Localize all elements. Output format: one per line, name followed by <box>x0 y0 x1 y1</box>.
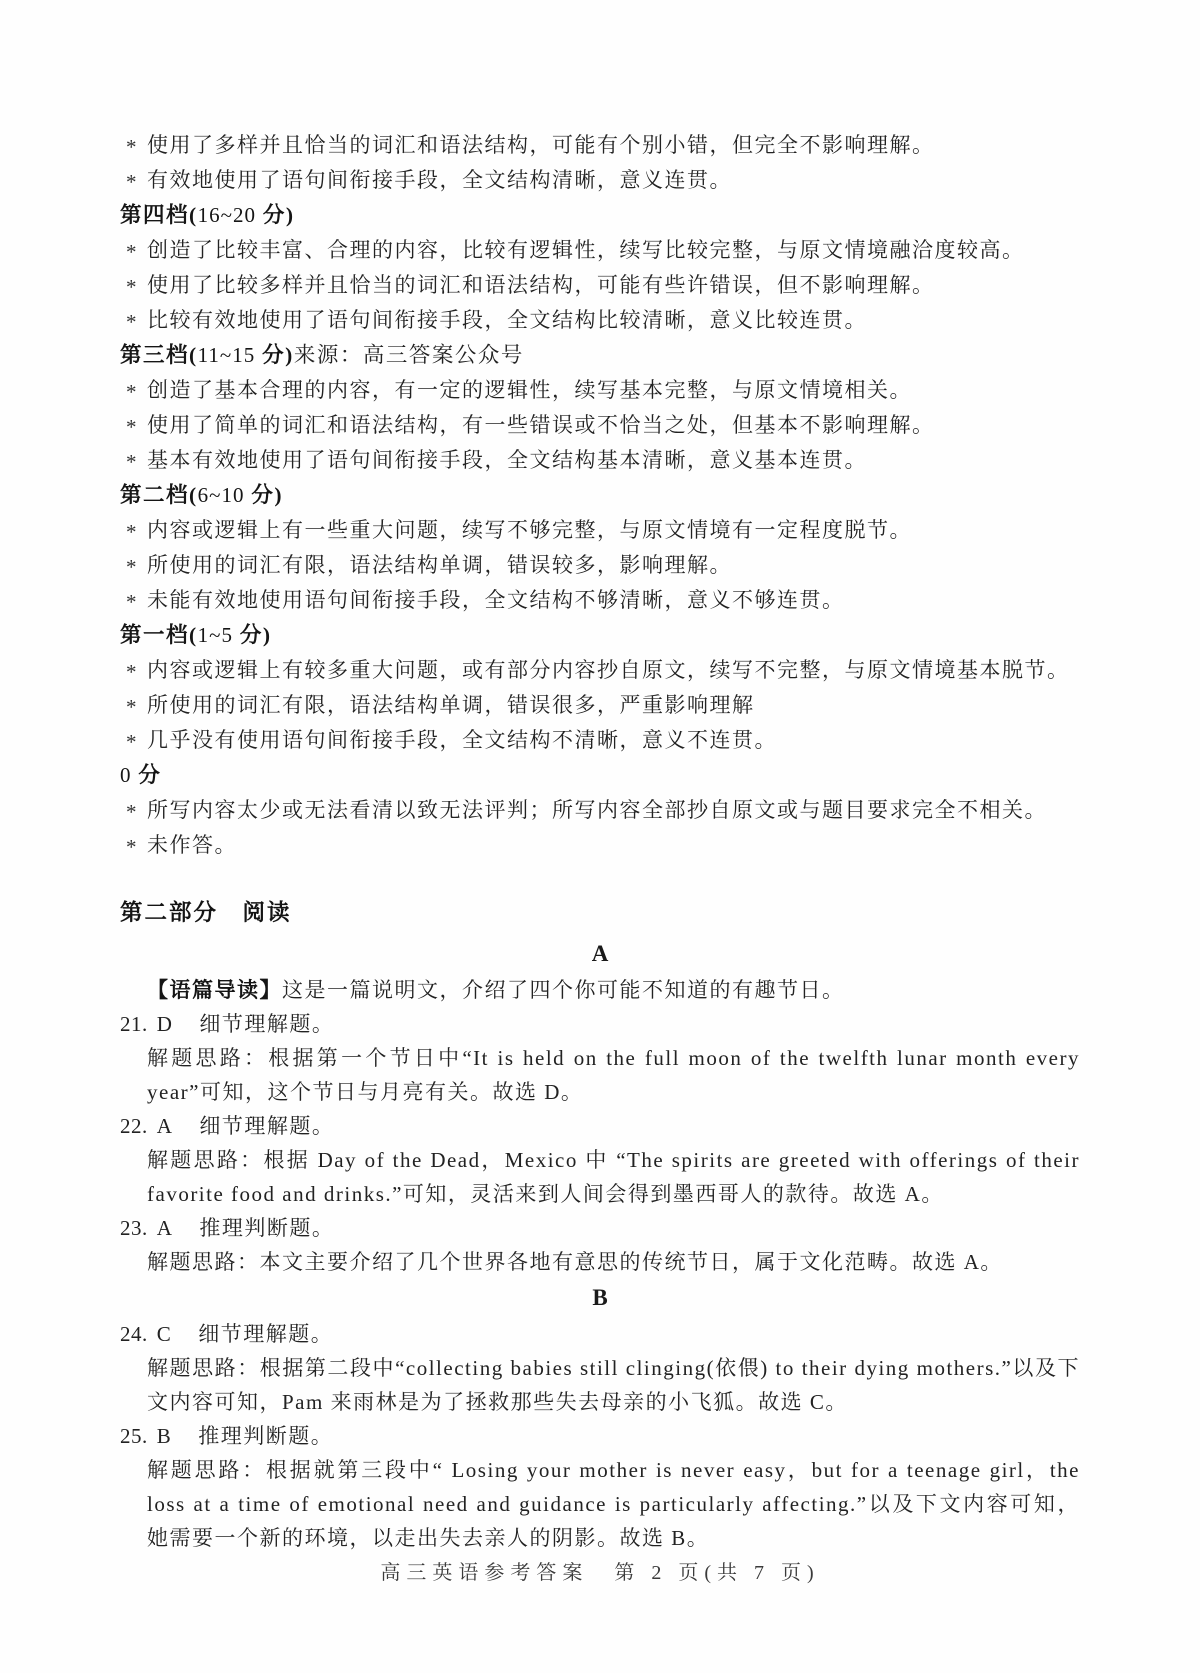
band-heading-1: 第一档(1~5 分) <box>120 618 1080 653</box>
answer-letter: A <box>157 1216 174 1240</box>
answer-letter: A <box>157 1114 174 1138</box>
rubric-bullet: * 几乎没有使用语句间衔接手段，全文结构不清晰，意义不连贯。 <box>120 723 1080 758</box>
reading-answers-section: 第二部分 阅读 A 【语篇导读】这是一篇说明文，介绍了四个你可能不知道的有趣节日… <box>120 891 1080 1555</box>
answer-letter: C <box>157 1322 173 1346</box>
footer-page-number: 第 2 页(共 7 页) <box>614 1562 819 1584</box>
rubric-bullet-text: 所写内容太少或无法看清以致无法评判；所写内容全部抄自原文或与题目要求完全不相关。 <box>147 798 1047 822</box>
band-title-suffix: 分) <box>245 483 284 507</box>
question-number: 24. <box>120 1322 148 1346</box>
rubric-bullet-text: 所使用的词汇有限，语法结构单调，错误很多，严重影响理解 <box>147 693 755 717</box>
question-type: 细节理解题。 <box>199 1012 334 1036</box>
rubric-bullet: * 使用了比较多样并且恰当的词汇和语法结构，可能有些许错误，但不影响理解。 <box>120 268 1080 303</box>
band-heading-4: 第四档(16~20 分) <box>120 198 1080 233</box>
question-23-answer-line: 23.A推理判断题。 <box>120 1211 1080 1245</box>
band-title: 第二档( <box>120 483 198 507</box>
rubric-bullet-text: 使用了简单的词汇和语法结构，有一些错误或不恰当之处，但基本不影响理解。 <box>147 413 935 437</box>
passage-b-label: B <box>120 1279 1080 1317</box>
footer-doc-title: 高三英语参考答案 <box>380 1562 588 1584</box>
passage-a-intro: 【语篇导读】这是一篇说明文，介绍了四个你可能不知道的有趣节日。 <box>120 973 1080 1007</box>
rubric-bullet: * 使用了简单的词汇和语法结构，有一些错误或不恰当之处，但基本不影响理解。 <box>120 408 1080 443</box>
band-title-suffix: 分) <box>255 343 294 367</box>
asterisk-bullet-icon: * <box>126 235 138 270</box>
rubric-bullet-text: 内容或逻辑上有一些重大问题，续写不够完整，与原文情境有一定程度脱节。 <box>147 518 912 542</box>
answer-letter: D <box>157 1012 174 1036</box>
asterisk-bullet-icon: * <box>126 305 138 340</box>
band-score-range: 11~15 <box>198 343 256 367</box>
intro-tag: 【语篇导读】 <box>147 978 282 1002</box>
band-score-range: 0 <box>120 763 132 787</box>
asterisk-bullet-icon: * <box>126 830 138 865</box>
question-number: 23. <box>120 1216 148 1240</box>
rubric-bullet: * 有效地使用了语句间衔接手段，全文结构清晰，意义连贯。 <box>120 163 1080 198</box>
band-title: 第四档( <box>120 203 198 227</box>
question-21-answer-line: 21.D细节理解题。 <box>120 1007 1080 1041</box>
band-title-suffix: 分 <box>132 763 162 787</box>
question-number: 21. <box>120 1012 148 1036</box>
rubric-bullet: * 创造了基本合理的内容，有一定的逻辑性，续写基本完整，与原文情境相关。 <box>120 373 1080 408</box>
rubric-bullet: * 未能有效地使用语句间衔接手段，全文结构不够清晰，意义不够连贯。 <box>120 583 1080 618</box>
asterisk-bullet-icon: * <box>126 445 138 480</box>
rubric-bullet: * 基本有效地使用了语句间衔接手段，全文结构基本清晰，意义基本连贯。 <box>120 443 1080 478</box>
question-25-answer-line: 25.B推理判断题。 <box>120 1419 1080 1453</box>
asterisk-bullet-icon: * <box>126 690 138 725</box>
asterisk-bullet-icon: * <box>126 795 138 830</box>
rubric-bullet: * 使用了多样并且恰当的词汇和语法结构，可能有个别小错，但完全不影响理解。 <box>120 128 1080 163</box>
asterisk-bullet-icon: * <box>126 585 138 620</box>
answer-key-page: * 使用了多样并且恰当的词汇和语法结构，可能有个别小错，但完全不影响理解。 * … <box>0 0 1200 1673</box>
rubric-bullet-text: 基本有效地使用了语句间衔接手段，全文结构基本清晰，意义基本连贯。 <box>147 448 867 472</box>
question-type: 推理判断题。 <box>198 1424 333 1448</box>
question-number: 22. <box>120 1114 148 1138</box>
band-source-note: 来源：高三答案公众号 <box>294 343 524 367</box>
band-score-range: 1~5 <box>198 623 233 647</box>
rubric-bullet-text: 使用了多样并且恰当的词汇和语法结构，可能有个别小错，但完全不影响理解。 <box>147 133 935 157</box>
intro-text: 这是一篇说明文，介绍了四个你可能不知道的有趣节日。 <box>282 978 845 1002</box>
band-heading-3: 第三档(11~15 分)来源：高三答案公众号 <box>120 338 1080 373</box>
rubric-bullet-text: 内容或逻辑上有较多重大问题，或有部分内容抄自原文，续写不完整，与原文情境基本脱节… <box>147 658 1070 682</box>
rubric-bullet-text: 所使用的词汇有限，语法结构单调，错误较多，影响理解。 <box>147 553 732 577</box>
rubric-bullet: * 比较有效地使用了语句间衔接手段，全文结构比较清晰，意义比较连贯。 <box>120 303 1080 338</box>
question-type: 细节理解题。 <box>199 1114 334 1138</box>
rubric-bullet: * 所使用的词汇有限，语法结构单调，错误很多，严重影响理解 <box>120 688 1080 723</box>
passage-a-label: A <box>120 935 1080 973</box>
rubric-bullet: * 所写内容太少或无法看清以致无法评判；所写内容全部抄自原文或与题目要求完全不相… <box>120 793 1080 828</box>
scoring-rubric-section: * 使用了多样并且恰当的词汇和语法结构，可能有个别小错，但完全不影响理解。 * … <box>120 128 1080 863</box>
section-divider-space <box>120 863 1080 891</box>
question-22-explanation: 解题思路：根据 Day of the Dead，Mexico 中 “The sp… <box>147 1143 1080 1211</box>
page-footer: 高三英语参考答案第 2 页(共 7 页) <box>0 1556 1200 1585</box>
question-number: 25. <box>120 1424 148 1448</box>
band-title-suffix: 分) <box>256 203 295 227</box>
rubric-bullet: * 所使用的词汇有限，语法结构单调，错误较多，影响理解。 <box>120 548 1080 583</box>
band-heading-0: 0 分 <box>120 758 1080 793</box>
rubric-bullet-text: 未作答。 <box>147 833 237 857</box>
asterisk-bullet-icon: * <box>126 165 138 200</box>
rubric-bullet: * 内容或逻辑上有较多重大问题，或有部分内容抄自原文，续写不完整，与原文情境基本… <box>120 653 1080 688</box>
asterisk-bullet-icon: * <box>126 270 138 305</box>
asterisk-bullet-icon: * <box>126 375 138 410</box>
question-24-answer-line: 24.C细节理解题。 <box>120 1317 1080 1351</box>
rubric-bullet: * 未作答。 <box>120 828 1080 863</box>
band-score-range: 6~10 <box>198 483 245 507</box>
question-21-explanation: 解题思路：根据第一个节日中“It is held on the full moo… <box>147 1041 1080 1109</box>
rubric-bullet-text: 有效地使用了语句间衔接手段，全文结构清晰，意义连贯。 <box>147 168 732 192</box>
question-type: 推理判断题。 <box>199 1216 334 1240</box>
page-content: * 使用了多样并且恰当的词汇和语法结构，可能有个别小错，但完全不影响理解。 * … <box>120 128 1080 1555</box>
rubric-bullet-text: 创造了基本合理的内容，有一定的逻辑性，续写基本完整，与原文情境相关。 <box>147 378 912 402</box>
rubric-bullet-text: 使用了比较多样并且恰当的词汇和语法结构，可能有些许错误，但不影响理解。 <box>147 273 935 297</box>
band-title: 第一档( <box>120 623 198 647</box>
asterisk-bullet-icon: * <box>126 130 138 165</box>
question-23-explanation: 解题思路：本文主要介绍了几个世界各地有意思的传统节日，属于文化范畴。故选 A。 <box>147 1245 1080 1279</box>
asterisk-bullet-icon: * <box>126 515 138 550</box>
question-25-explanation: 解题思路：根据就第三段中“ Losing your mother is neve… <box>147 1453 1080 1555</box>
band-title: 第三档( <box>120 343 198 367</box>
question-type: 细节理解题。 <box>198 1322 333 1346</box>
asterisk-bullet-icon: * <box>126 410 138 445</box>
asterisk-bullet-icon: * <box>126 725 138 760</box>
rubric-bullet: * 内容或逻辑上有一些重大问题，续写不够完整，与原文情境有一定程度脱节。 <box>120 513 1080 548</box>
answer-letter: B <box>157 1424 173 1448</box>
rubric-bullet-text: 创造了比较丰富、合理的内容，比较有逻辑性，续写比较完整，与原文情境融洽度较高。 <box>147 238 1025 262</box>
rubric-bullet: * 创造了比较丰富、合理的内容，比较有逻辑性，续写比较完整，与原文情境融洽度较高… <box>120 233 1080 268</box>
question-22-answer-line: 22.A细节理解题。 <box>120 1109 1080 1143</box>
question-24-explanation: 解题思路：根据第二段中“collecting babies still clin… <box>147 1351 1080 1419</box>
asterisk-bullet-icon: * <box>126 550 138 585</box>
band-title-suffix: 分) <box>233 623 272 647</box>
band-score-range: 16~20 <box>198 203 256 227</box>
rubric-bullet-text: 未能有效地使用语句间衔接手段，全文结构不够清晰，意义不够连贯。 <box>147 588 845 612</box>
rubric-bullet-text: 几乎没有使用语句间衔接手段，全文结构不清晰，意义不连贯。 <box>147 728 777 752</box>
band-heading-2: 第二档(6~10 分) <box>120 478 1080 513</box>
rubric-bullet-text: 比较有效地使用了语句间衔接手段，全文结构比较清晰，意义比较连贯。 <box>147 308 867 332</box>
part2-reading-heading: 第二部分 阅读 <box>120 891 1080 935</box>
asterisk-bullet-icon: * <box>126 655 138 690</box>
